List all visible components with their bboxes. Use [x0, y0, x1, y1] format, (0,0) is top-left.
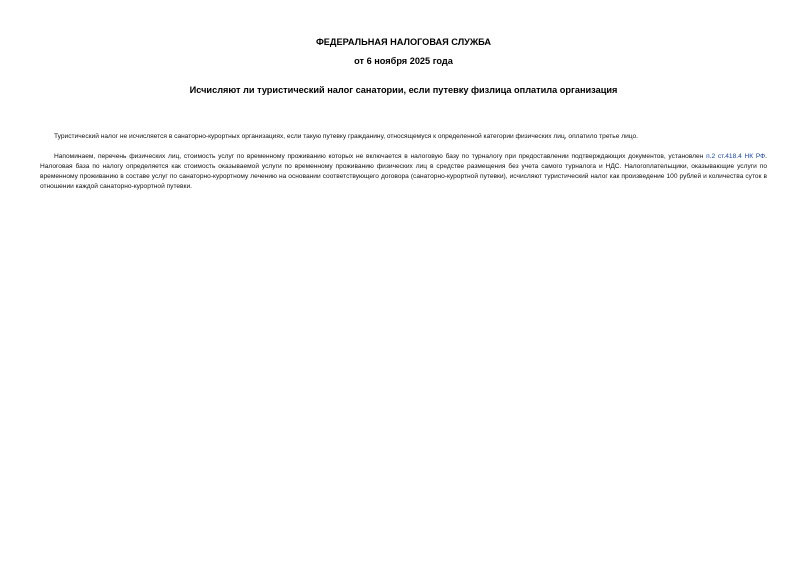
- document-title: Исчисляют ли туристический налог санатор…: [40, 85, 767, 96]
- law-reference-link[interactable]: п.2 ст.418.4 НК РФ: [706, 153, 765, 160]
- agency-name: ФЕДЕРАЛЬНАЯ НАЛОГОВАЯ СЛУЖБА: [40, 37, 767, 48]
- paragraph-1-text: Туристический налог не исчисляется в сан…: [54, 133, 638, 140]
- paragraph-2: Напоминаем, перечень физических лиц, сто…: [40, 152, 767, 193]
- paragraph-2-text-before-link: Напоминаем, перечень физических лиц, сто…: [54, 153, 706, 160]
- document-date: от 6 ноября 2025 года: [40, 56, 767, 67]
- paragraph-1: Туристический налог не исчисляется в сан…: [40, 132, 767, 142]
